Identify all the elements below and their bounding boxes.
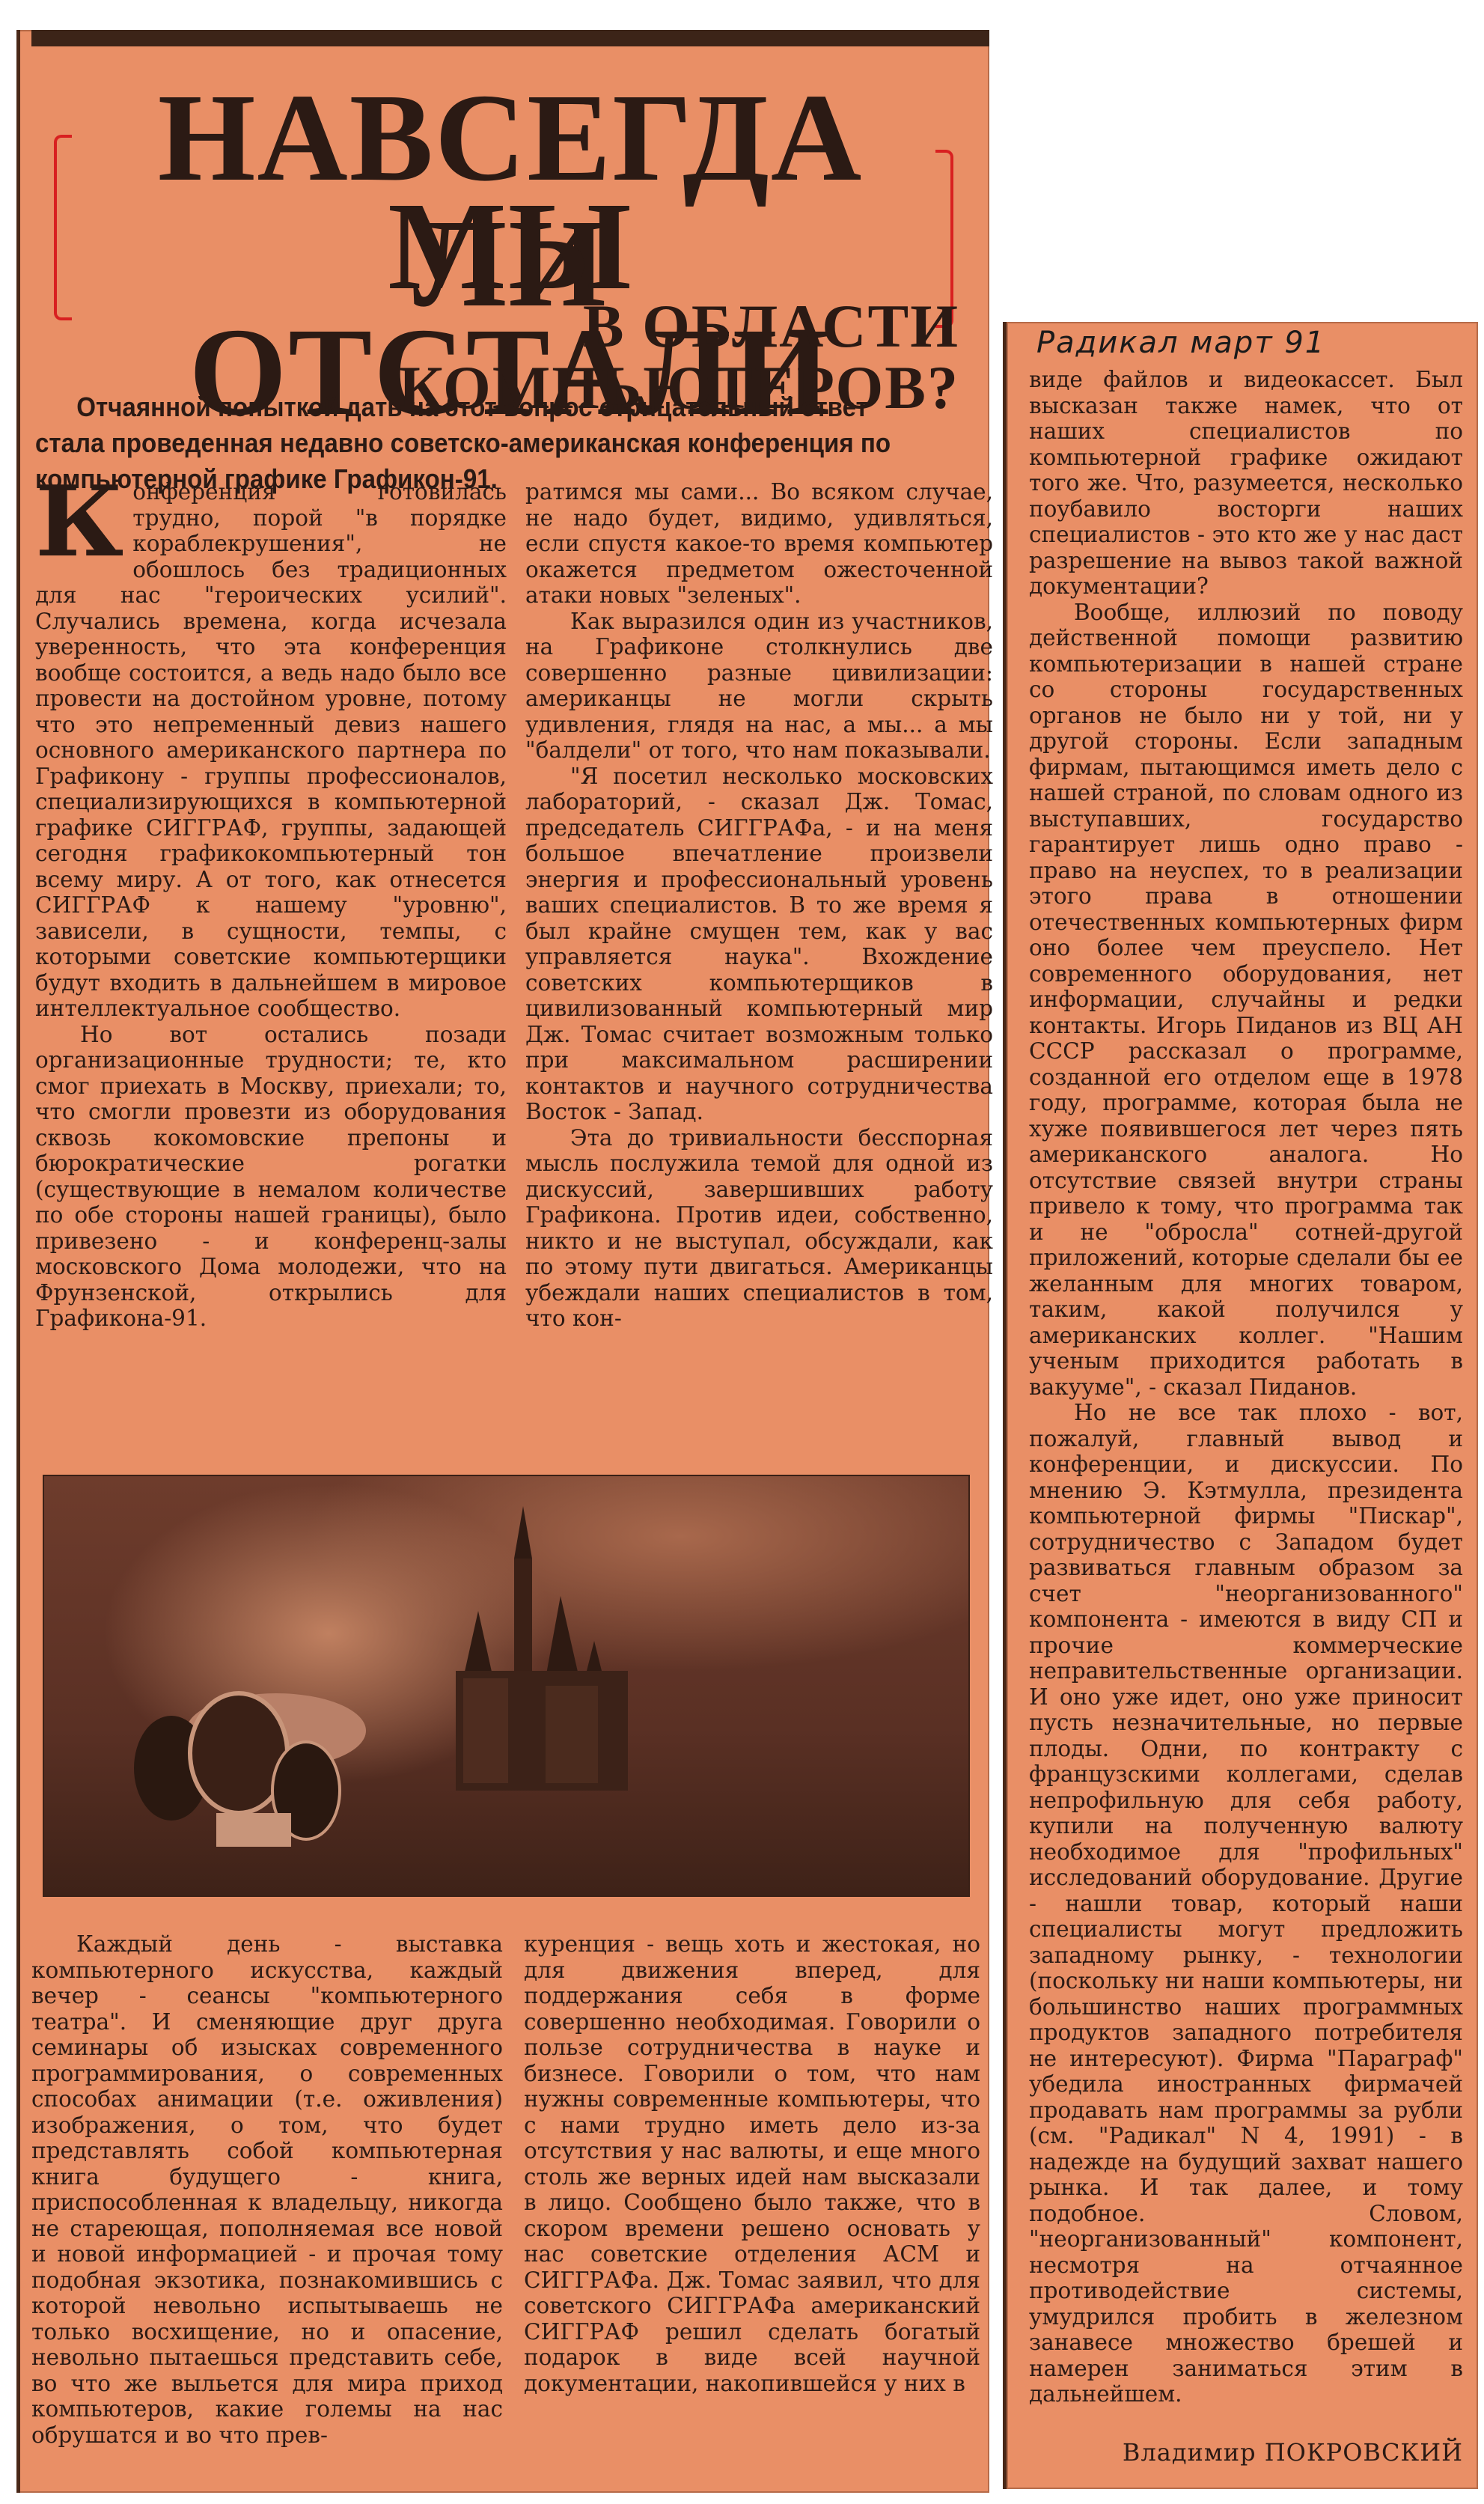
paragraph: "Я посетил несколько московских лаборато… <box>525 764 993 1125</box>
left-rule <box>16 30 20 2493</box>
paragraph: виде файлов и видеокассет. Был высказан … <box>1029 367 1463 600</box>
drop-cap: К <box>35 482 123 561</box>
paragraph: куренция - вещь хоть и жестокая, но для … <box>524 1931 980 2396</box>
paragraph: Вообще, иллюзий по поводу действенной по… <box>1029 600 1463 1401</box>
red-bracket-left <box>54 135 72 320</box>
paragraph: Но вот остались позади организационные т… <box>35 1022 507 1332</box>
column-right: виде файлов и видеокассет. Был высказан … <box>1029 367 1463 2407</box>
car-icon <box>126 1686 373 1850</box>
paragraph: ратимся мы сами... Во всяком случае, не … <box>525 479 993 609</box>
paragraph: Как выразился один из участников, на Гра… <box>525 609 993 764</box>
column-2: ратимся мы сами... Во всяком случае, не … <box>525 479 993 1332</box>
top-rule <box>31 30 989 46</box>
paragraph: Но не все так плохо - вот, пожалуй, глав… <box>1029 1400 1463 2407</box>
newspaper-clipping-main: НАВСЕГДА ЛИ МЫ ОТСТАЛИ В ОБЛАСТИ КОМПЬЮТ… <box>16 30 989 2493</box>
paragraph: Каждый день - выставка компьютерного иск… <box>31 1931 503 2448</box>
paragraph: Эта до тривиальности бесспорная мысль по… <box>525 1125 993 1332</box>
castle-icon <box>433 1506 643 1791</box>
author-byline: Владимир ПОКРОВСКИЙ <box>1123 2438 1463 2467</box>
illustration-photo <box>43 1475 970 1897</box>
handwritten-note: Радикал март 91 <box>1036 326 1456 360</box>
paragraph: Конференция готовилась трудно, порой "в … <box>35 479 507 1022</box>
column-4: куренция - вещь хоть и жестокая, но для … <box>524 1931 980 2396</box>
column-1: Конференция готовилась трудно, порой "в … <box>35 479 507 1332</box>
column-3: Каждый день - выставка компьютерного иск… <box>31 1931 503 2448</box>
newspaper-clipping-right: Радикал март 91 виде файлов и видеокассе… <box>1003 322 1478 2489</box>
